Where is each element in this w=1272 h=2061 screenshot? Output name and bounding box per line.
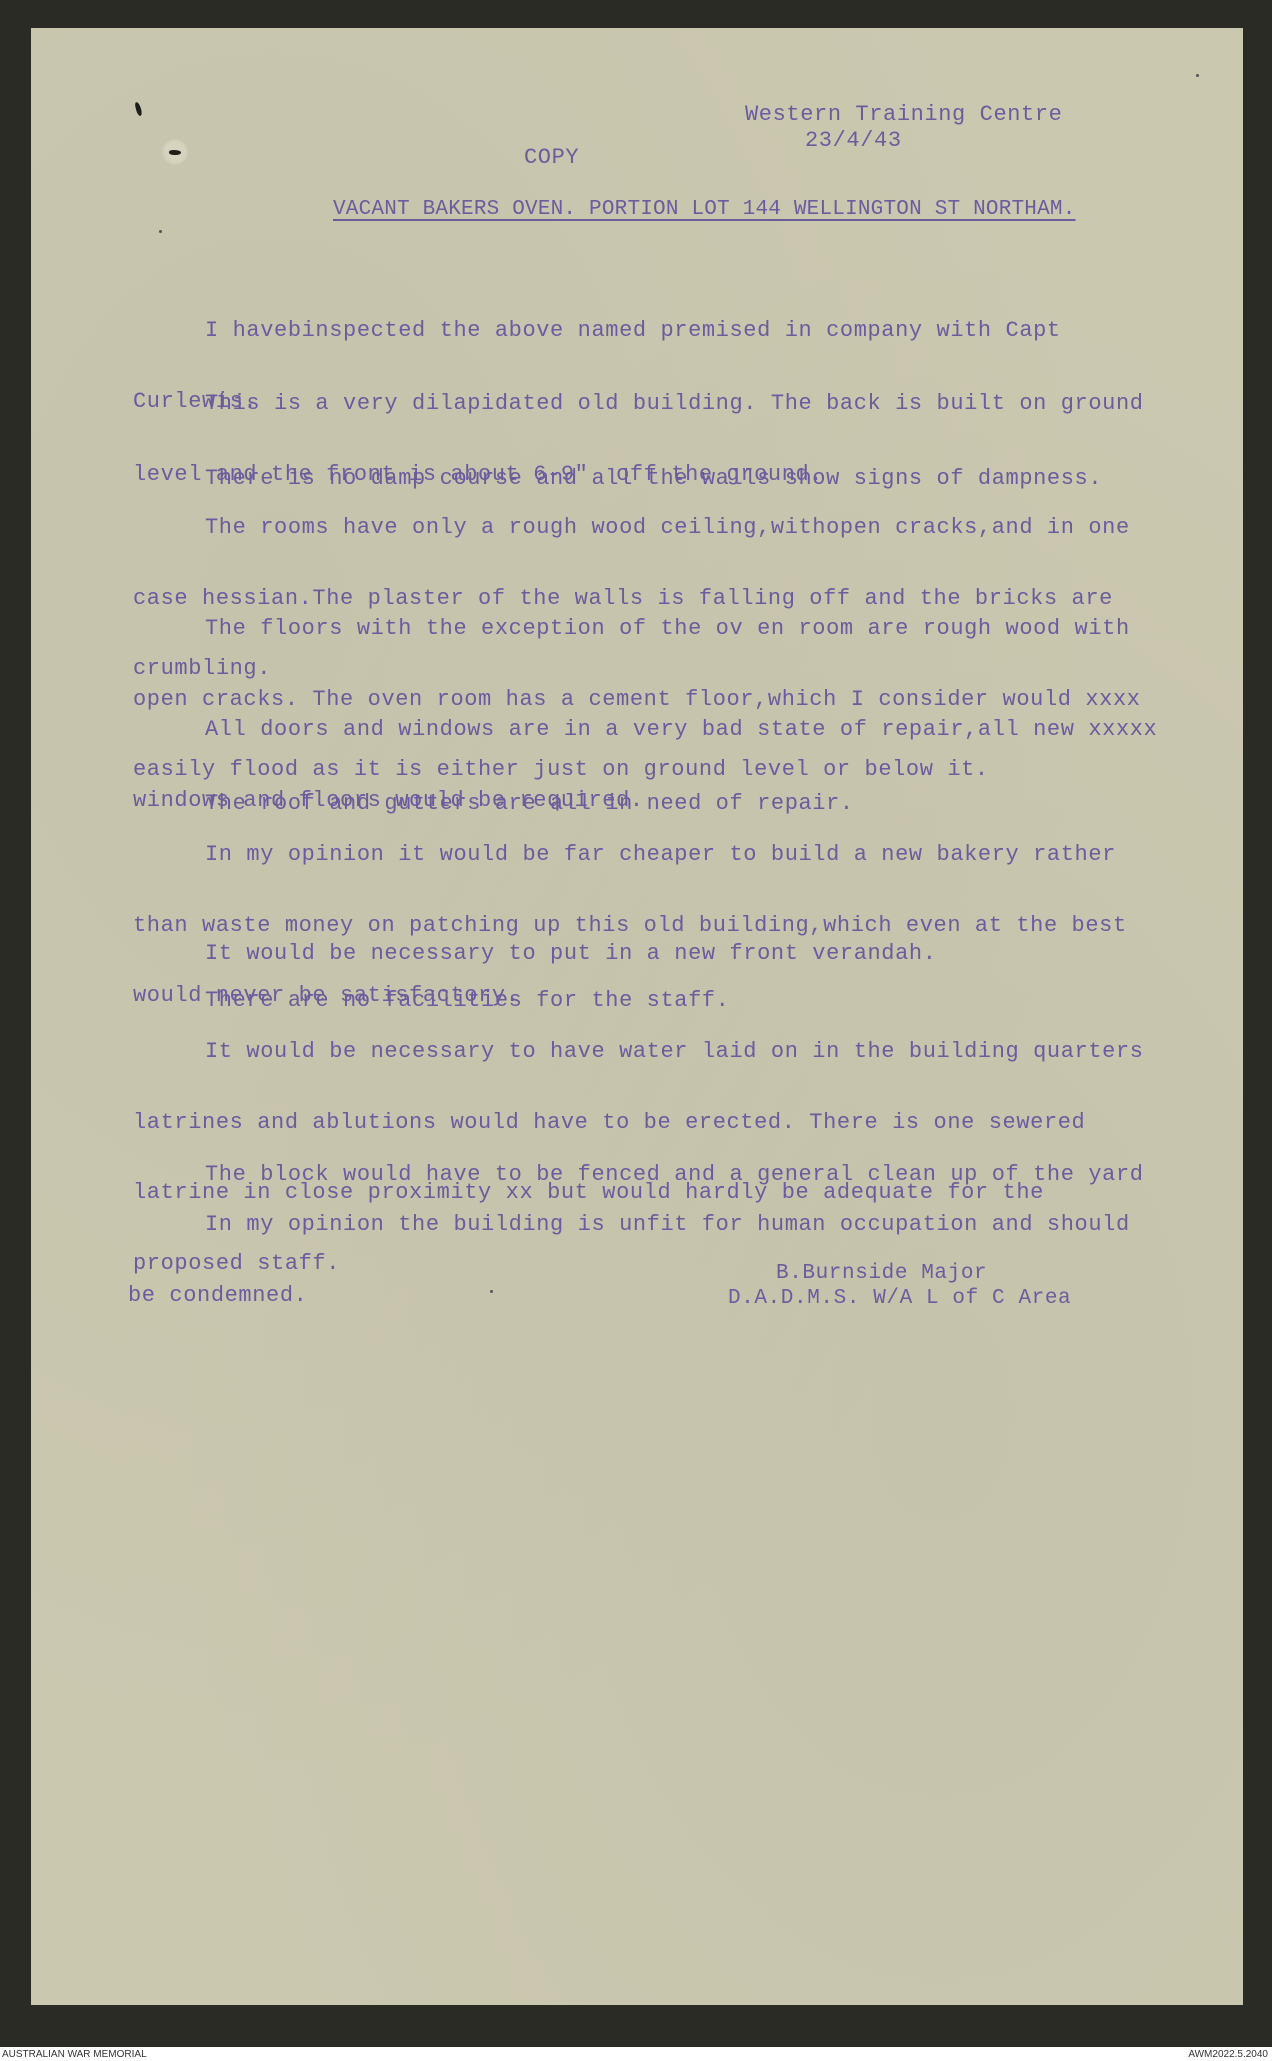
paragraph-first-line: The floors with the exception of the ov … <box>133 617 1141 641</box>
paragraph-first-line: The rooms have only a rough wood ceiling… <box>133 516 1130 540</box>
punch-hole-mark <box>169 150 181 155</box>
signature-name: B.Burnside Major <box>776 1262 987 1286</box>
paragraph-first-line: It would be necessary to have water laid… <box>133 1040 1144 1064</box>
paper-speck <box>159 230 162 233</box>
institution-label: AUSTRALIAN WAR MEMORIAL <box>2 2049 147 2061</box>
punch-hole-mark <box>134 102 142 117</box>
paragraph-first-line: This is a very dilapidated old building.… <box>133 392 1144 416</box>
paragraph-first-line: All doors and windows are in a very bad … <box>133 718 1157 742</box>
reference-number: AWM2022.5.2040 <box>1188 2049 1268 2061</box>
paper-speck <box>1196 74 1199 77</box>
copy-label: COPY <box>524 146 579 170</box>
paragraph-first-line: I havebinspected the above named premise… <box>133 319 1061 343</box>
signature-position: D.A.D.M.S. W/A L of C Area <box>728 1287 1071 1311</box>
document-subject: VACANT BAKERS OVEN. PORTION LOT 144 WELL… <box>333 198 1076 222</box>
location-label: Western Training Centre <box>745 103 1062 127</box>
paragraph-first-line: In my opinion it would be far cheaper to… <box>133 843 1127 867</box>
document-date: 23/4/43 <box>805 129 902 153</box>
paragraph-first-line: In my opinion the building is unfit for … <box>128 1213 1130 1237</box>
paragraph: In my opinion the building is unfit for … <box>128 1166 1130 1354</box>
